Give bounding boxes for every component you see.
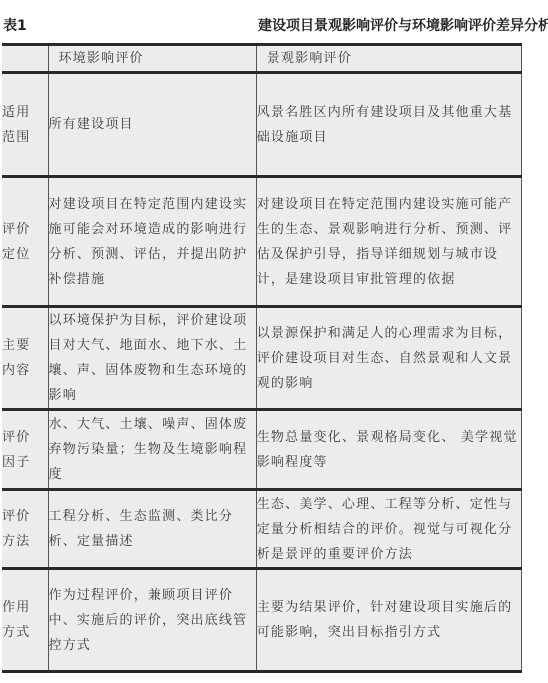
row-category: 评价 因子	[2, 410, 48, 490]
category-line: 因子	[2, 450, 48, 475]
row-category: 适用 范围	[2, 73, 48, 177]
environmental-cell: 作为过程评价，兼顾项目评价中、实施后的评价，突出底线管控方式	[48, 569, 256, 672]
table-title: 建设项目景观影响评价与环境影响评价差异分析	[258, 15, 548, 35]
landscape-cell: 对建设项目在特定范围内建设实施可能产生的生态、景观影响进行分析、预测、评估及保护…	[256, 177, 521, 307]
header-landscape: 景观影响评价	[256, 45, 521, 73]
environmental-cell: 水、大气、土壤、噪声、固体废弃物污染量；生物及生境影响程度	[48, 410, 256, 490]
landscape-cell: 以景源保护和满足人的心理需求为目标，评价建设项目对生态、自然景观和人文景观的影响	[256, 307, 521, 410]
landscape-cell: 风景名胜区内所有建设项目及其他重大基础设施项目	[256, 73, 521, 177]
row-category: 作用 方式	[2, 569, 48, 672]
table-row: 评价 因子 水、大气、土壤、噪声、固体废弃物污染量；生物及生境影响程度 生物总量…	[2, 410, 522, 490]
category-line: 评价	[2, 217, 48, 242]
environmental-cell: 所有建设项目	[48, 73, 256, 177]
row-category: 评价 方法	[2, 490, 48, 569]
table-row: 作用 方式 作为过程评价，兼顾项目评价中、实施后的评价，突出底线管控方式 主要为…	[2, 569, 522, 672]
category-line: 评价	[2, 425, 48, 450]
category-line: 定位	[2, 242, 48, 267]
table-number: 表1	[3, 15, 27, 35]
category-line: 适用	[2, 100, 48, 125]
header-corner-cell	[2, 45, 48, 73]
environmental-cell: 工程分析、生态监测、类比分析、定量描述	[48, 490, 256, 569]
table-row: 评价 定位 对建设项目在特定范围内建设实施可能会对环境造成的影响进行分析、预测、…	[2, 177, 522, 307]
header-environmental: 环境影响评价	[48, 45, 256, 73]
category-line: 内容	[2, 358, 48, 383]
landscape-cell: 主要为结果评价，针对建设项目实施后的可能影响，突出目标指引方式	[256, 569, 521, 672]
table-row: 主要 内容 以环境保护为目标，评价建设项目对大气、地面水、地下水、土壤、声、固体…	[2, 307, 522, 410]
category-line: 作用	[2, 595, 48, 620]
table-caption: 表1 建设项目景观影响评价与环境影响评价差异分析	[0, 10, 548, 34]
landscape-cell: 生态、美学、心理、工程等分析、定性与定量分析相结合的评价。视觉与可视化分析是景评…	[256, 490, 521, 569]
comparison-table: 环境影响评价 景观影响评价 适用 范围 所有建设项目 风景名胜区内所有建设项目及…	[2, 43, 522, 673]
landscape-cell: 生物总量变化、景观格局变化、 美学视觉影响程度等	[256, 410, 521, 490]
category-line: 方法	[2, 529, 48, 554]
row-category: 评价 定位	[2, 177, 48, 307]
category-line: 评价	[2, 504, 48, 529]
category-line: 范围	[2, 125, 48, 150]
environmental-cell: 以环境保护为目标，评价建设项目对大气、地面水、地下水、土壤、声、固体废物和生态环…	[48, 307, 256, 410]
category-line: 方式	[2, 620, 48, 645]
table-header-row: 环境影响评价 景观影响评价	[2, 45, 522, 73]
category-line: 主要	[2, 333, 48, 358]
table-row: 评价 方法 工程分析、生态监测、类比分析、定量描述 生态、美学、心理、工程等分析…	[2, 490, 522, 569]
table-row: 适用 范围 所有建设项目 风景名胜区内所有建设项目及其他重大基础设施项目	[2, 73, 522, 177]
row-category: 主要 内容	[2, 307, 48, 410]
environmental-cell: 对建设项目在特定范围内建设实施可能会对环境造成的影响进行分析、预测、评估，并提出…	[48, 177, 256, 307]
